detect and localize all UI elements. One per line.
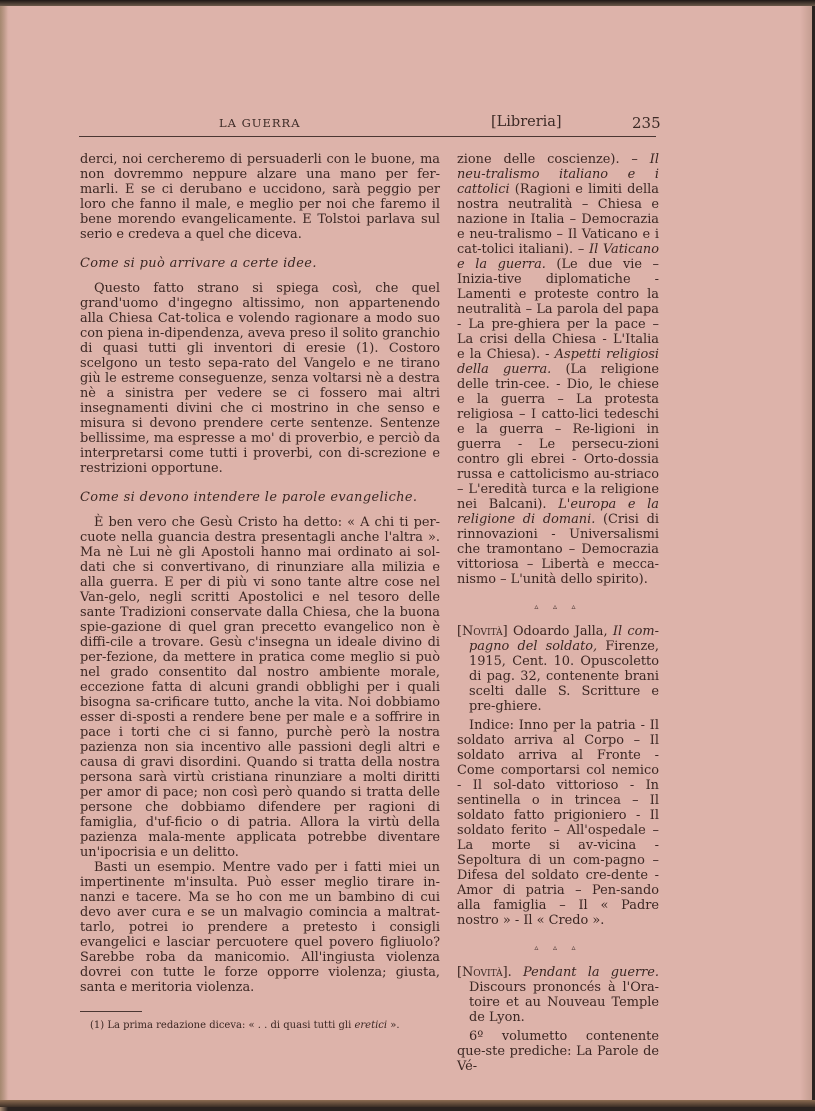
bibliography-entry: [Novità] Odoardo Jalla, Il com-pagno del… bbox=[457, 624, 659, 714]
page-left-shadow bbox=[0, 4, 8, 1107]
contents-listing: zione delle coscienze). – Il neu-tralism… bbox=[457, 152, 659, 587]
ornament-divider: ▵ ▵ ▵ bbox=[457, 940, 659, 955]
paragraph: Questo fatto strano si spiega così, che … bbox=[80, 281, 440, 476]
page-bottom-edge bbox=[0, 1100, 815, 1107]
running-header: LA GUERRA [Libreria] 235 bbox=[79, 114, 657, 136]
page-top-edge bbox=[0, 0, 815, 6]
footnote-rule bbox=[80, 1011, 142, 1012]
listing-text: zione delle coscienze). – bbox=[457, 152, 650, 167]
page-number: 235 bbox=[632, 114, 661, 132]
paragraph: derci, noi cercheremo di persuaderli con… bbox=[80, 152, 440, 242]
right-column: zione delle coscienze). – Il neu-tralism… bbox=[457, 152, 659, 1074]
paragraph: È ben vero che Gesù Cristo ha detto: « A… bbox=[80, 515, 440, 860]
running-title: LA GUERRA bbox=[219, 116, 301, 130]
listing-text: (La religione delle trin-cee. - Dio, le … bbox=[457, 362, 659, 512]
paragraph: Basti un esempio. Mentre vado per i fatt… bbox=[80, 860, 440, 995]
bibliography-entry: [Novità]. Pendant la guerre. Discours pr… bbox=[457, 965, 659, 1025]
left-column: derci, noi cercheremo di persuaderli con… bbox=[80, 152, 440, 1032]
section-label: [Libreria] bbox=[491, 114, 562, 130]
header-rule bbox=[79, 136, 656, 137]
entry-details: Discours prononcés à l'Ora-toire et au N… bbox=[469, 980, 659, 1025]
book-page: LA GUERRA [Libreria] 235 derci, noi cerc… bbox=[0, 4, 812, 1102]
footnote-italic: eretici bbox=[354, 1020, 387, 1031]
entry-description: 6º volumetto contenente que-ste prediche… bbox=[457, 1029, 659, 1074]
subheading: Come si devono intendere le parole evang… bbox=[80, 490, 440, 505]
footnote-end: ». bbox=[387, 1020, 399, 1031]
footnote-text: (1) La prima redazione diceva: « . . di … bbox=[90, 1020, 354, 1031]
entry-title: Pendant la guerre. bbox=[512, 965, 659, 980]
entry-author: Odoardo Jalla, bbox=[508, 624, 613, 639]
entry-index: Indice: Inno per la patria - Il soldato … bbox=[457, 718, 659, 928]
footnote: (1) La prima redazione diceva: « . . di … bbox=[80, 1020, 440, 1032]
ornament-divider: ▵ ▵ ▵ bbox=[457, 599, 659, 614]
novita-tag: [Novità] bbox=[457, 624, 508, 639]
subheading: Come si può arrivare a certe idee. bbox=[80, 256, 440, 271]
novita-tag: [Novità]. bbox=[457, 965, 512, 980]
